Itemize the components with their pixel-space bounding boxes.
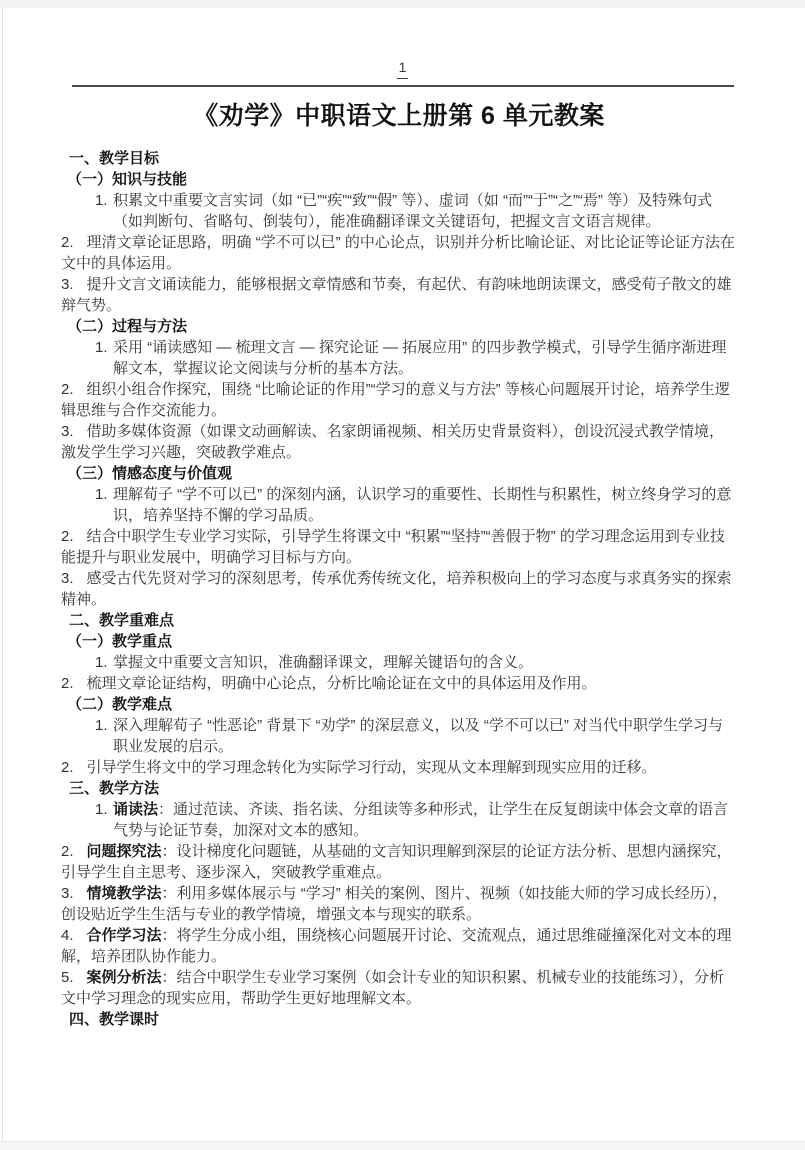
item-number: 1. (95, 799, 108, 820)
item-number: 5. (61, 967, 74, 988)
item-number: 1. (95, 484, 108, 505)
numbered-paragraph: 2.组织小组合作探究，围绕 “比喻论证的作用”“学习的意义与方法” 等核心问题展… (61, 379, 737, 421)
item-number: 1. (95, 715, 108, 736)
item-number: 2. (61, 232, 74, 253)
item-text: ：将学生分成小组，围绕核心问题展开讨论、交流观点，通过思维碰撞深化对文本的理解，… (61, 927, 732, 965)
section-heading: 一、教学目标 (61, 148, 737, 169)
document-page: { "page": { "number": "1", "title": "《劝学… (0, 0, 805, 1150)
item-number: 3. (61, 421, 74, 442)
item-text: 感受古代先贤对学习的深刻思考，传承优秀传统文化，培养积极向上的学习态度与求真务实… (61, 570, 732, 608)
method-name: 合作学习法 (87, 927, 162, 944)
item-text: 借助多媒体资源（如课文动画解读、名家朗诵视频、相关历史背景资料），创设沉浸式教学… (61, 423, 724, 461)
section-heading: 三、教学方法 (61, 778, 737, 799)
numbered-list-item: 1.诵读法：通过范读、齐读、指名读、分组读等多种形式，让学生在反复朗读中体会文章… (61, 799, 737, 841)
page-number: 1 (397, 58, 409, 79)
item-number: 2. (61, 379, 74, 400)
item-text: 掌握文中重要文言知识，准确翻译课文，理解关键语句的含义。 (113, 654, 533, 671)
item-number: 3. (61, 274, 74, 295)
section-heading: 四、教学课时 (61, 1009, 737, 1030)
page-header: 1 (0, 58, 805, 79)
item-text: 组织小组合作探究，围绕 “比喻论证的作用”“学习的意义与方法” 等核心问题展开讨… (61, 381, 730, 419)
method-name: 问题探究法 (87, 843, 162, 860)
item-number: 3. (61, 568, 74, 589)
header-divider-rule (72, 85, 734, 87)
numbered-paragraph: 2.引导学生将文中的学习理念转化为实际学习行动，实现从文本理解到现实应用的迁移。 (61, 757, 737, 778)
item-number: 4. (61, 925, 74, 946)
method-name: 情境教学法 (87, 885, 162, 902)
item-text: 引导学生将文中的学习理念转化为实际学习行动，实现从文本理解到现实应用的迁移。 (87, 759, 657, 776)
page-left-edge (2, 8, 3, 1141)
numbered-list-item: 1.理解荀子 “学不可以已” 的深刻内涵，认识学习的重要性、长期性与积累性，树立… (61, 484, 737, 526)
item-number: 1. (95, 337, 108, 358)
sub-heading: （二）过程与方法 (61, 316, 737, 337)
item-number: 2. (61, 757, 74, 778)
numbered-list-item: 1.积累文中重要文言实词（如 “已”“疾”“致”“假” 等）、虚词（如 “而”“… (61, 190, 737, 232)
document-title: 《劝学》中职语文上册第 6 单元教案 (61, 100, 737, 132)
numbered-paragraph: 4.合作学习法：将学生分成小组，围绕核心问题展开讨论、交流观点，通过思维碰撞深化… (61, 925, 737, 967)
item-text: 深入理解荀子 “性恶论” 背景下 “劝学” 的深层意义，以及 “学不可以已” 对… (113, 717, 723, 755)
page-bottom-margin (0, 1141, 805, 1150)
sub-heading: （三）情感态度与价值观 (61, 463, 737, 484)
item-text: ：利用多媒体展示与 “学习” 相关的案例、图片、视频（如技能大师的学习成长经历）… (61, 885, 727, 923)
numbered-paragraph: 2.梳理文章论证结构，明确中心论点，分析比喻论证在文中的具体运用及作用。 (61, 673, 737, 694)
item-text: 提升文言文诵读能力，能够根据文章情感和节奏，有起伏、有韵味地朗读课文，感受荀子散… (61, 276, 732, 314)
numbered-paragraph: 3.借助多媒体资源（如课文动画解读、名家朗诵视频、相关历史背景资料），创设沉浸式… (61, 421, 737, 463)
item-number: 1. (95, 652, 108, 673)
sub-heading: （一）知识与技能 (61, 169, 737, 190)
item-text: 理解荀子 “学不可以已” 的深刻内涵，认识学习的重要性、长期性与积累性，树立终身… (113, 486, 731, 524)
method-name: 诵读法 (113, 801, 158, 818)
item-number: 2. (61, 841, 74, 862)
item-number: 2. (61, 673, 74, 694)
numbered-list-item: 1.采用 “诵读感知 — 梳理文言 — 探究论证 — 拓展应用” 的四步教学模式… (61, 337, 737, 379)
item-text: 理清文章论证思路，明确 “学不可以已” 的中心论点，识别并分析比喻论证、对比论证… (61, 234, 735, 272)
numbered-paragraph: 2.理清文章论证思路，明确 “学不可以已” 的中心论点，识别并分析比喻论证、对比… (61, 232, 737, 274)
item-text: ：通过范读、齐读、指名读、分组读等多种形式，让学生在反复朗读中体会文章的语言气势… (113, 801, 728, 839)
numbered-list-item: 1.深入理解荀子 “性恶论” 背景下 “劝学” 的深层意义，以及 “学不可以已”… (61, 715, 737, 757)
item-number: 1. (95, 190, 108, 211)
section-heading: 二、教学重难点 (61, 610, 737, 631)
page-top-margin (0, 0, 805, 8)
numbered-paragraph: 2.问题探究法：设计梯度化问题链，从基础的文言知识理解到深层的论证方法分析、思想… (61, 841, 737, 883)
item-text: 采用 “诵读感知 — 梳理文言 — 探究论证 — 拓展应用” 的四步教学模式，引… (113, 339, 726, 377)
numbered-list-item: 1.掌握文中重要文言知识，准确翻译课文，理解关键语句的含义。 (61, 652, 737, 673)
numbered-paragraph: 3.情境教学法：利用多媒体展示与 “学习” 相关的案例、图片、视频（如技能大师的… (61, 883, 737, 925)
sub-heading: （一）教学重点 (61, 631, 737, 652)
sub-heading: （二）教学难点 (61, 694, 737, 715)
numbered-paragraph: 3.感受古代先贤对学习的深刻思考，传承优秀传统文化，培养积极向上的学习态度与求真… (61, 568, 737, 610)
item-text: 结合中职学生专业学习实际，引导学生将课文中 “积累”“坚持”“善假于物” 的学习… (61, 528, 725, 566)
numbered-paragraph: 5.案例分析法：结合中职学生专业学习案例（如会计专业的知识积累、机械专业的技能练… (61, 967, 737, 1009)
item-text: 梳理文章论证结构，明确中心论点，分析比喻论证在文中的具体运用及作用。 (87, 675, 597, 692)
method-name: 案例分析法 (87, 969, 162, 986)
numbered-paragraph: 3.提升文言文诵读能力，能够根据文章情感和节奏，有起伏、有韵味地朗读课文，感受荀… (61, 274, 737, 316)
item-number: 2. (61, 526, 74, 547)
item-number: 3. (61, 883, 74, 904)
numbered-paragraph: 2.结合中职学生专业学习实际，引导学生将课文中 “积累”“坚持”“善假于物” 的… (61, 526, 737, 568)
document-body: 一、教学目标（一）知识与技能1.积累文中重要文言实词（如 “已”“疾”“致”“假… (61, 148, 737, 1030)
item-text: 积累文中重要文言实词（如 “已”“疾”“致”“假” 等）、虚词（如 “而”“于”… (113, 192, 712, 230)
item-text: ：设计梯度化问题链，从基础的文言知识理解到深层的论证方法分析、思想内涵探究，引导… (61, 843, 732, 881)
